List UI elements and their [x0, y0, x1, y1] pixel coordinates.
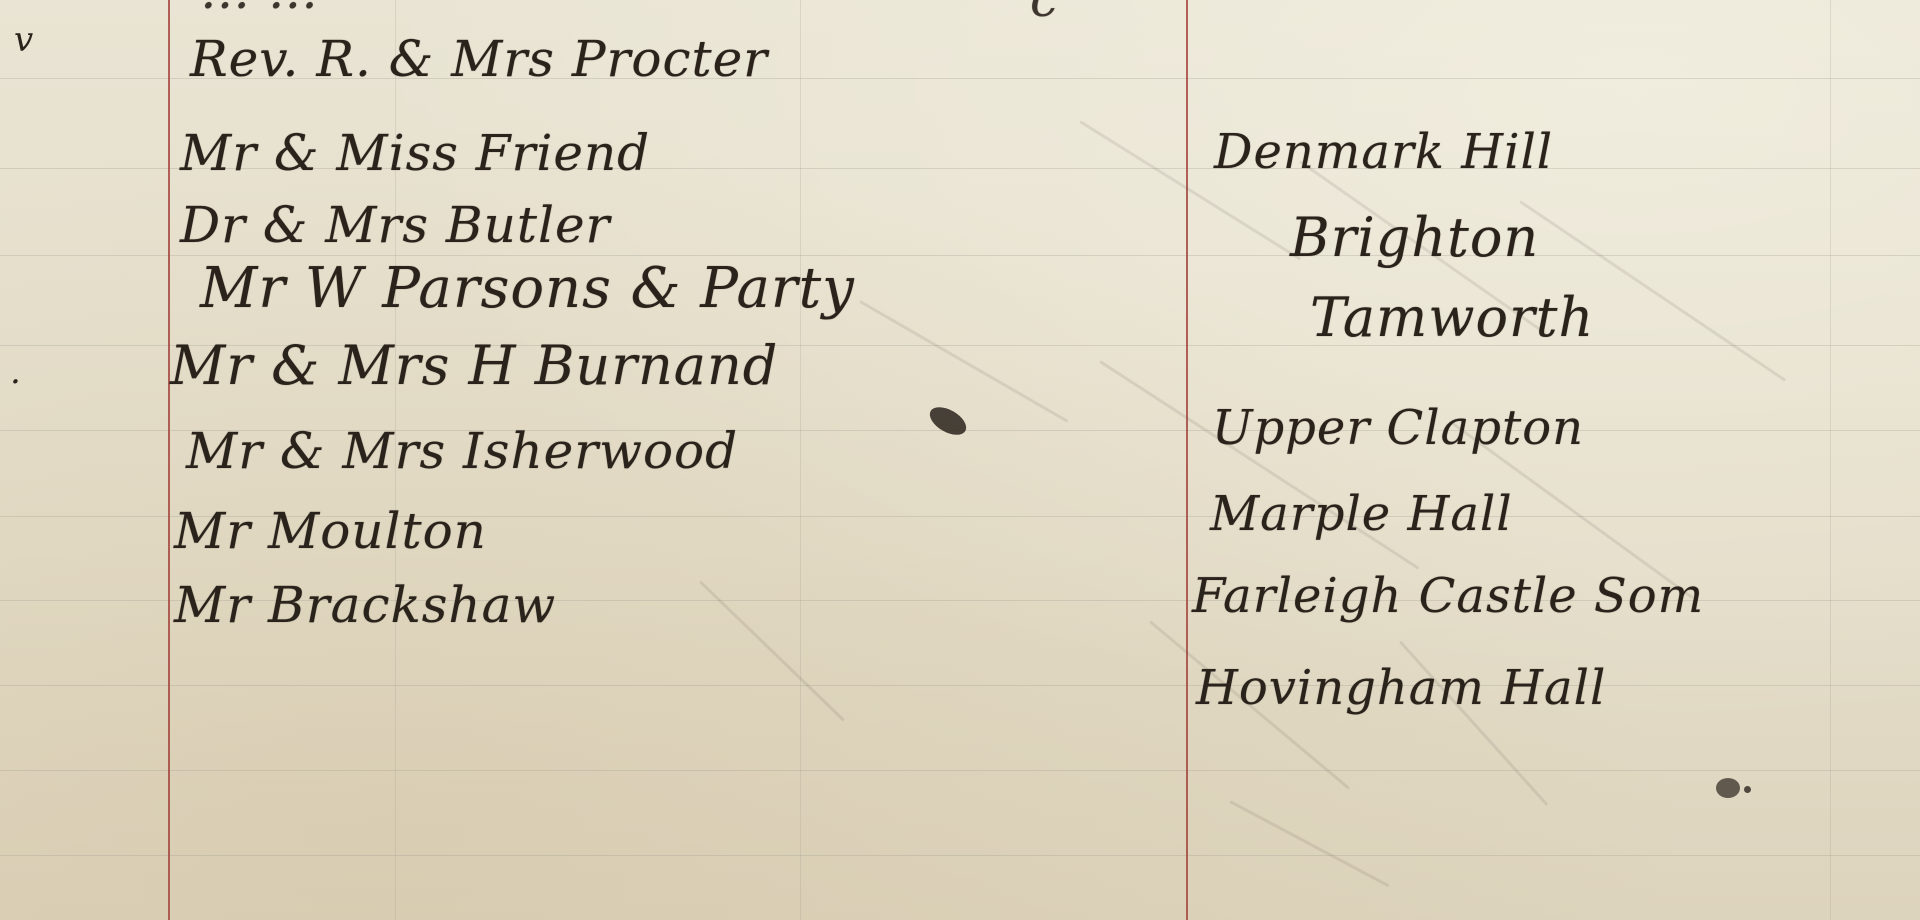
- residence-entry: Denmark Hill: [1214, 124, 1553, 180]
- cut-off-entry-fragment: c: [1030, 0, 1059, 28]
- guest-name-entry: Mr W Parsons & Party: [200, 256, 855, 321]
- guest-name-entry: Dr & Mrs Butler: [180, 196, 610, 254]
- margin-mark: v: [14, 20, 33, 60]
- ledger-rule: [0, 770, 1920, 771]
- guest-name-entry: Mr & Miss Friend: [180, 124, 650, 182]
- residence-entry: Tamworth: [1310, 286, 1594, 349]
- residence-entry: Farleigh Castle Som: [1192, 568, 1704, 624]
- residence-entry: Marple Hall: [1210, 486, 1513, 542]
- ledger-rule: [0, 855, 1920, 856]
- ledger-rule: [0, 685, 1920, 686]
- guest-name-entry: Rev. R. & Mrs Procter: [190, 30, 768, 88]
- ink-blot: [1716, 778, 1740, 798]
- ink-blot: [1744, 786, 1751, 793]
- cut-off-entry-fragment: … …: [200, 0, 319, 20]
- margin-rule-right: [1186, 0, 1188, 920]
- guest-name-entry: Mr Moulton: [174, 502, 487, 560]
- residence-entry: Hovingham Hall: [1196, 660, 1606, 716]
- residence-entry: Upper Clapton: [1212, 400, 1584, 456]
- guest-name-entry: Mr & Mrs Isherwood: [186, 422, 738, 480]
- margin-rule-left: [168, 0, 170, 920]
- margin-mark: .: [10, 352, 21, 392]
- column-rule: [1830, 0, 1831, 920]
- residence-entry: Brighton: [1290, 206, 1539, 269]
- guest-name-entry: Mr & Mrs H Burnand: [170, 334, 778, 397]
- column-rule: [800, 0, 801, 920]
- guest-name-entry: Mr Brackshaw: [174, 576, 556, 634]
